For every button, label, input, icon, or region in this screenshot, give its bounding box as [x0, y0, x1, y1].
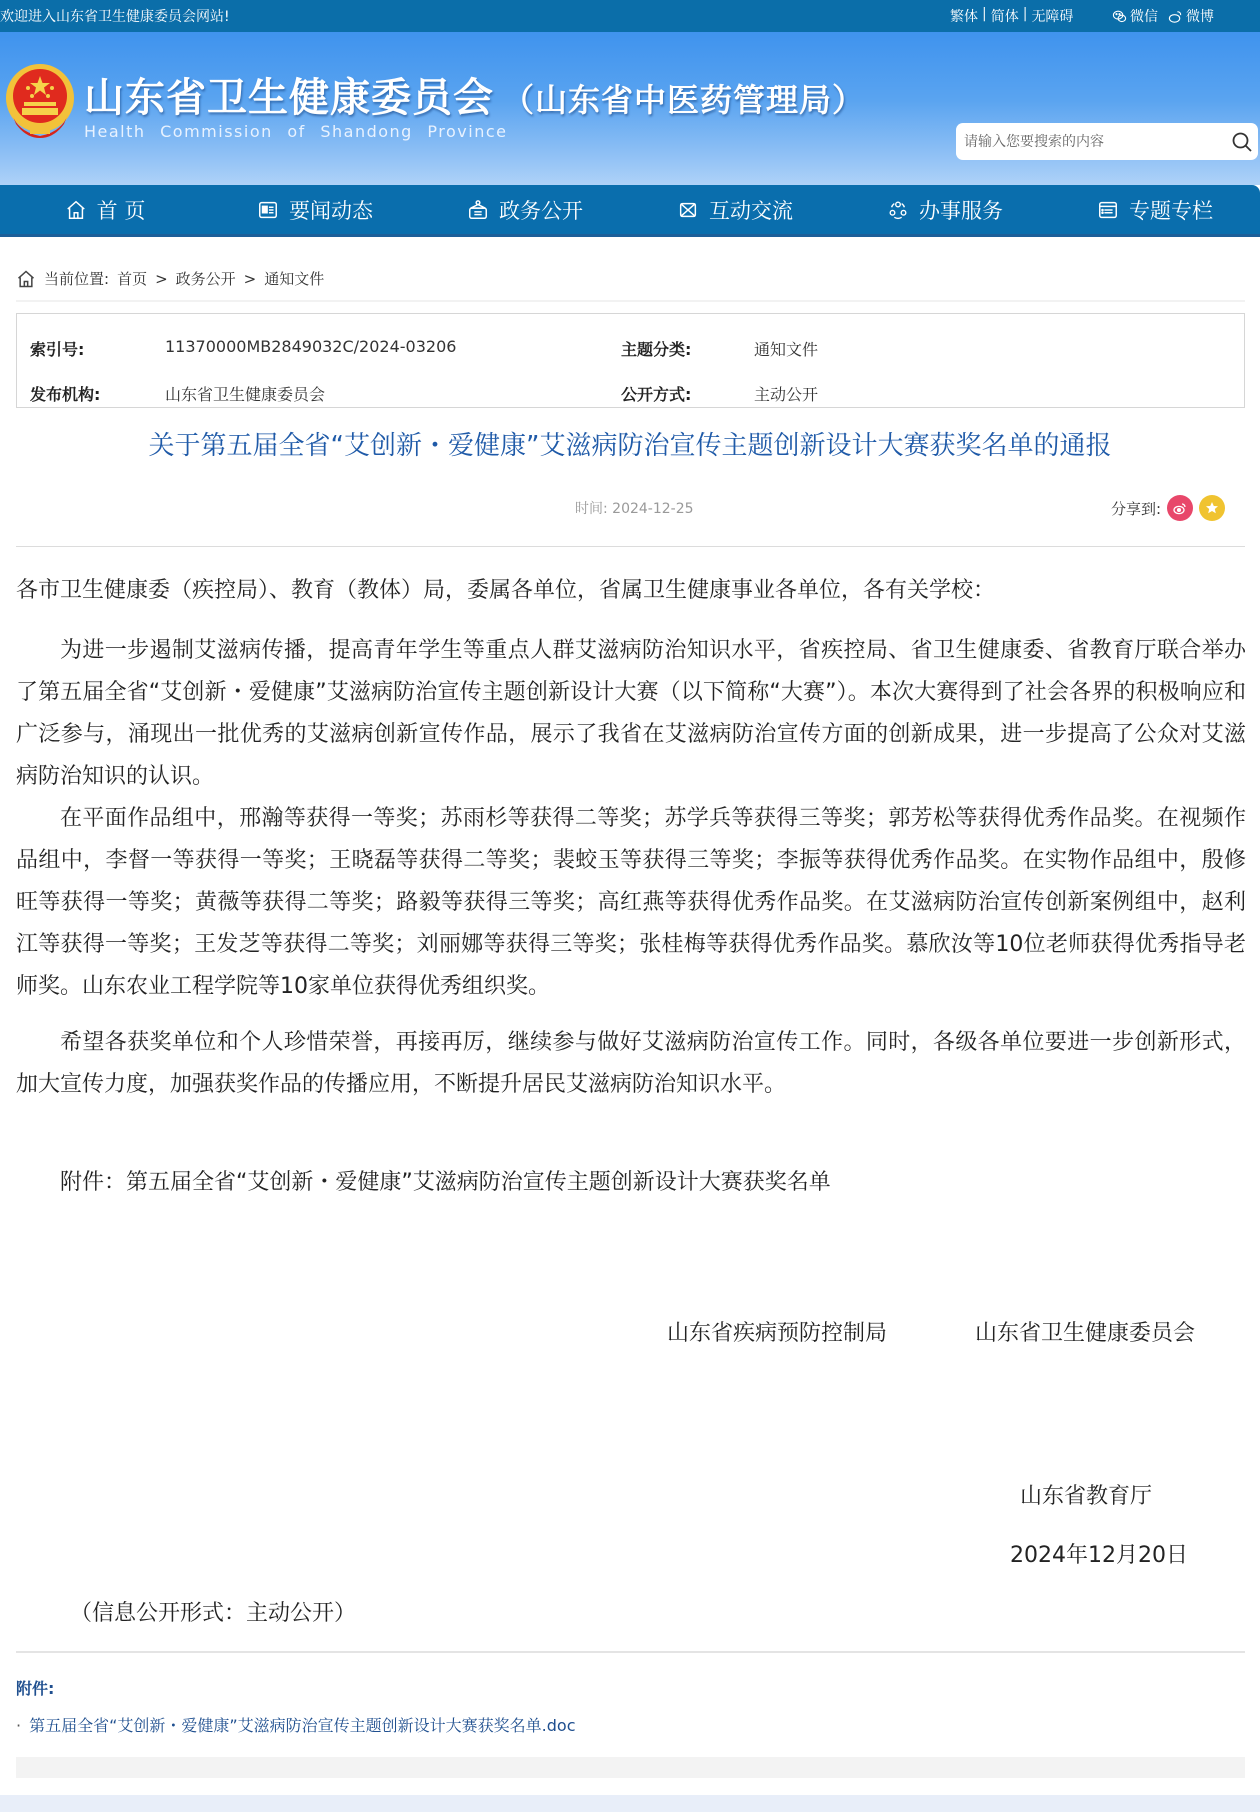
site-title-main: 山东省卫生健康委员会: [84, 75, 494, 121]
attachment-file-name: 第五届全省“艾创新・爱健康”艾滋病防治宣传主题创新设计大赛获奖名单.doc: [29, 1716, 575, 1735]
search-icon[interactable]: [1230, 130, 1254, 154]
top-bar: 欢迎进入山东省卫生健康委员会网站! 繁体 | 简体 | 无障碍 微信 微博: [0, 0, 1260, 32]
interaction-icon: [677, 199, 699, 221]
category-label: 主题分类:: [621, 337, 691, 360]
wechat-icon: [1112, 9, 1127, 24]
separator: |: [1021, 6, 1030, 26]
divider: [16, 1651, 1245, 1653]
nav-item-services[interactable]: 办事服务: [840, 185, 1050, 234]
disclosure-method-label: 公开方式:: [621, 382, 691, 405]
disclosure-method-value: 主动公开: [754, 382, 818, 405]
weibo-share-icon[interactable]: [1167, 495, 1193, 521]
national-emblem-icon: [4, 62, 74, 142]
site-title-english: Health Commission of Shandong Province: [84, 122, 508, 141]
publish-time-label: 时间:: [575, 501, 608, 517]
breadcrumb-separator: >: [244, 270, 257, 288]
signatory-education-department: 山东省教育厅: [1020, 1479, 1152, 1510]
breadcrumb-prefix: 当前位置:: [44, 268, 109, 289]
breadcrumb-notices[interactable]: 通知文件: [264, 268, 324, 289]
divider: [16, 546, 1245, 547]
paragraph: 在平面作品组中，邢瀚等获得一等奖；苏雨杉等获得二等奖；苏学兵等获得三等奖；郭芳松…: [16, 798, 1246, 1008]
breadcrumb-separator: >: [155, 270, 168, 288]
briefcase-icon: [467, 199, 489, 221]
topic-icon: [1097, 199, 1119, 221]
article-body: 各市卫生健康委（疾控局）、教育（教体）局，委属各单位，省属卫生健康事业各单位，各…: [16, 570, 1246, 1204]
search-input[interactable]: [964, 123, 1214, 160]
site-banner: 山东省卫生健康委员会（山东省中医药管理局） Health Commission …: [0, 32, 1260, 185]
sign-date: 2024年12月20日: [1010, 1538, 1188, 1569]
wechat-label: 微信: [1130, 6, 1158, 26]
wechat-link[interactable]: 微信: [1112, 6, 1158, 26]
accessibility-link[interactable]: 无障碍: [1031, 6, 1073, 26]
nav-item-topics[interactable]: 专题专栏: [1050, 185, 1260, 234]
index-number-label: 索引号:: [30, 337, 84, 360]
nav-label: 办事服务: [919, 195, 1003, 225]
language-links: 繁体 | 简体 | 无障碍: [950, 6, 1073, 26]
nav-label: 互动交流: [709, 195, 793, 225]
weibo-icon: [1168, 9, 1183, 24]
breadcrumb: 当前位置: 首页 > 政务公开 > 通知文件: [16, 268, 324, 289]
publisher-label: 发布机构:: [30, 382, 100, 405]
breadcrumb-government-affairs[interactable]: 政务公开: [176, 268, 236, 289]
attachment-file-link[interactable]: ·第五届全省“艾创新・爱健康”艾滋病防治宣传主题创新设计大赛获奖名单.doc: [16, 1713, 576, 1736]
paragraph: 为进一步遏制艾滋病传播，提高青年学生等重点人群艾滋病防治知识水平，省疾控局、省卫…: [16, 630, 1246, 798]
search-box: [956, 123, 1258, 160]
nav-item-news[interactable]: 要闻动态: [210, 185, 420, 234]
service-icon: [887, 199, 909, 221]
nav-label: 首 页: [97, 195, 146, 225]
news-icon: [257, 199, 279, 221]
nav-item-home[interactable]: 首 页: [0, 185, 210, 234]
nav-label: 专题专栏: [1129, 195, 1213, 225]
footer: [0, 1795, 1260, 1812]
index-number-value: 11370000MB2849032C/2024-03206: [165, 337, 456, 356]
social-links: 微信 微博: [1112, 6, 1214, 26]
attachment-reference: 附件：第五届全省“艾创新・爱健康”艾滋病防治宣传主题创新设计大赛获奖名单: [16, 1162, 1246, 1204]
weibo-label: 微博: [1186, 6, 1214, 26]
breadcrumb-home[interactable]: 首页: [117, 268, 147, 289]
divider: [16, 300, 1245, 302]
site-title-sub: （山东省中医药管理局）: [502, 81, 865, 119]
paragraph: 希望各获奖单位和个人珍惜荣誉，再接再厉，继续参与做好艾滋病防治宣传工作。同时，各…: [16, 1022, 1246, 1106]
document-info-box: 索引号: 11370000MB2849032C/2024-03206 主题分类:…: [16, 313, 1245, 408]
traditional-chinese-link[interactable]: 繁体: [950, 6, 978, 26]
favorite-star-icon[interactable]: [1199, 495, 1225, 521]
separator: |: [980, 6, 989, 26]
category-value: 通知文件: [754, 337, 818, 360]
main-nav: 首 页 要闻动态 政务公开 互动交流 办事服务 专题专栏: [0, 185, 1260, 237]
nav-label: 政务公开: [499, 195, 583, 225]
home-icon: [16, 269, 36, 289]
nav-item-government-affairs[interactable]: 政务公开: [420, 185, 630, 234]
publisher-value: 山东省卫生健康委员会: [165, 382, 325, 405]
nav-item-interaction[interactable]: 互动交流: [630, 185, 840, 234]
bullet: ·: [16, 1716, 21, 1735]
signatory-health-commission: 山东省卫生健康委员会: [975, 1316, 1195, 1347]
publish-time-value: 2024-12-25: [612, 501, 693, 517]
welcome-text: 欢迎进入山东省卫生健康委员会网站!: [0, 6, 230, 26]
simplified-chinese-link[interactable]: 简体: [991, 6, 1019, 26]
nav-label: 要闻动态: [289, 195, 373, 225]
weibo-link[interactable]: 微博: [1168, 6, 1214, 26]
attachment-bar: [16, 1757, 1245, 1778]
site-title: 山东省卫生健康委员会（山东省中医药管理局）: [84, 66, 865, 123]
share-label: 分享到:: [1111, 498, 1161, 519]
share-bar: 分享到:: [1111, 495, 1225, 521]
home-icon: [65, 199, 87, 221]
publish-time: 时间: 2024-12-25: [575, 498, 694, 518]
article-title: 关于第五届全省“艾创新・爱健康”艾滋病防治宣传主题创新设计大赛获奖名单的通报: [0, 425, 1260, 462]
disclosure-note: （信息公开形式：主动公开）: [70, 1596, 356, 1627]
signatory-cdc: 山东省疾病预防控制局: [667, 1316, 887, 1347]
attachments-label: 附件:: [16, 1676, 54, 1699]
salutation: 各市卫生健康委（疾控局）、教育（教体）局，委属各单位，省属卫生健康事业各单位，各…: [16, 570, 1246, 612]
